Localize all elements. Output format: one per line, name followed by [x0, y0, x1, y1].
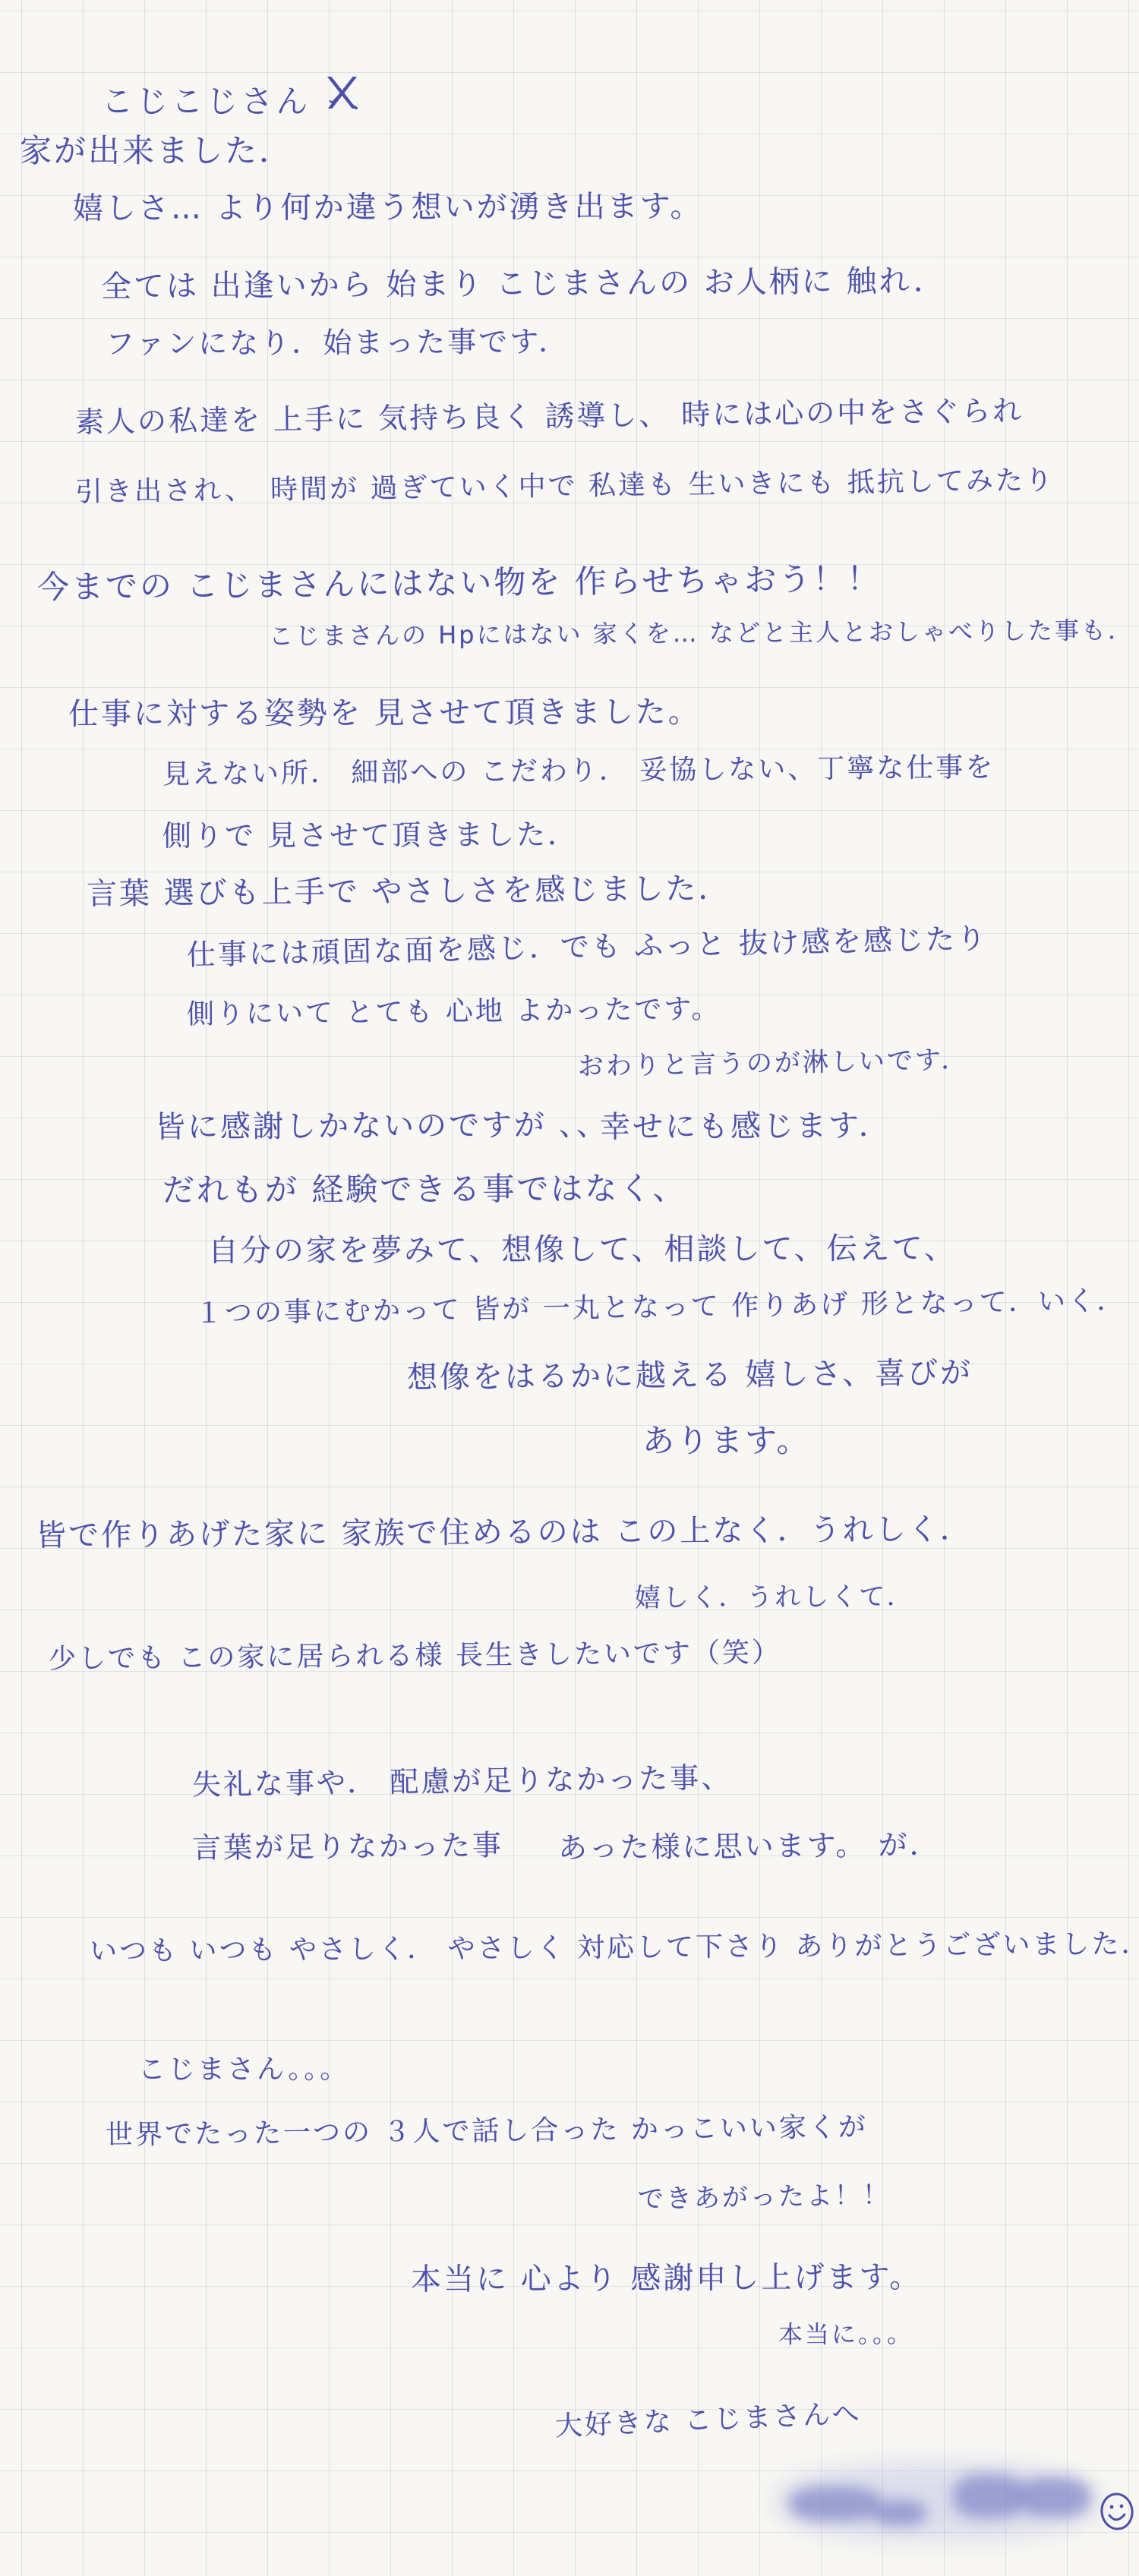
- crossed-out-mark: へ: [327, 77, 362, 122]
- letter-line: 家が出来ました．: [20, 133, 293, 169]
- letter-line: 嬉しく．うれしくて．: [635, 1582, 915, 1613]
- letter-line: 失礼な事や． 配慮が足りなかった事、: [192, 1761, 733, 1802]
- letter-line: 自分の家を夢みて、想像して、相談して、伝えて、: [208, 1231, 957, 1269]
- letter-line: 今までの こじまさんにはない物を 作らせちゃおう！！: [37, 560, 882, 606]
- signature-blur-blob: [1018, 2477, 1090, 2517]
- letter-line: あった様に思います。 が．: [558, 1829, 941, 1865]
- letter-line: 引き出され、 時間が 過ぎていく中で 私達も 生いきにも 抵抗してみたり: [75, 465, 1055, 508]
- letter-line: 仕事に対する姿勢を 見させて頂きました。: [68, 695, 701, 732]
- letter-line: いつも いつも やさしく． やさしく 対応して下さり ありがとうございました．: [90, 1928, 1139, 1967]
- letter-line: 幸せにも感じます．: [600, 1108, 891, 1145]
- letter-line: あります。: [642, 1423, 811, 1459]
- letter-line: できあがったよ！！: [638, 2180, 891, 2215]
- letter-line: 素人の私達を 上手に 気持ち良く 誘導し、 時には心の中をさぐられ: [75, 395, 1024, 440]
- letter-line: だれもが 経験できる事ではなく、: [162, 1171, 687, 1209]
- letter-line: 皆に感謝しかないのですが 、、: [155, 1108, 609, 1145]
- salutation-text: こじこじさん: [101, 83, 311, 120]
- letter-line: 仕事には頑固な面を感じ．でも ふっと 抜け感を感じたり: [187, 922, 989, 973]
- smiley-doodle: [1098, 2490, 1136, 2533]
- letter-line: こじまさん。。。: [138, 2054, 349, 2086]
- signature-blur-blob: [953, 2474, 1025, 2518]
- strikethrough-x-mark: [324, 77, 359, 109]
- letter-line: 皆で作りあげた家に 家族で住めるのは この上なく．うれしく．: [36, 1512, 973, 1553]
- letter-line: 本当に 心より 感謝申し上げます。: [411, 2259, 922, 2297]
- letter-paper: こじこじさんへ 家が出来ました．嬉しさ… より何か違う想いが湧き出ます。全ては …: [0, 0, 1139, 2576]
- letter-line: 大好きな こじまさんへ: [554, 2398, 862, 2442]
- letter-line: 全ては 出逢いから 始まり こじまさんの お人柄に 触れ．: [101, 263, 946, 304]
- signature-blurred: [775, 2456, 1116, 2547]
- signature-blur-blob: [873, 2500, 926, 2526]
- letter-line: 側りで 見させて頂きました．: [162, 818, 579, 853]
- letter-line: 世界でたった一つの ３人で話し合った かっこいい家くが: [106, 2111, 868, 2151]
- letter-line: 側りにいて とても 心地 よかったです。: [187, 994, 721, 1031]
- letter-line: こじまさんの Hpにはない 家くを… などと主人とおしゃべりした事も．: [269, 616, 1134, 651]
- letter-line: 本当に。。。: [778, 2320, 913, 2349]
- letter-line: 言葉が足りなかった事: [192, 1829, 503, 1865]
- letter-line: ファンになり．始まった事です．: [106, 326, 569, 361]
- letter-line: 嬉しさ… より何か違う想いが湧き出ます。: [73, 189, 703, 226]
- letter-line: 想像をはるかに越える 嬉しさ、喜びが: [407, 1355, 973, 1395]
- letter-line: １つの事にむかって 皆が 一丸となって 作りあげ 形となって．いく．: [195, 1285, 1127, 1330]
- letter-line: おわりと言うのが淋しいです．: [578, 1045, 970, 1082]
- letter-line: 言葉 選びも上手で やさしさを感じました．: [87, 872, 731, 912]
- letter-line: 少しでも この家に居られる様 長生きしたいです（笑）: [49, 1638, 781, 1676]
- signature-blur-blob: [790, 2486, 881, 2521]
- letter-line: 見えない所． 細部への こだわり． 妥協しない、丁寧な仕事を: [162, 752, 995, 790]
